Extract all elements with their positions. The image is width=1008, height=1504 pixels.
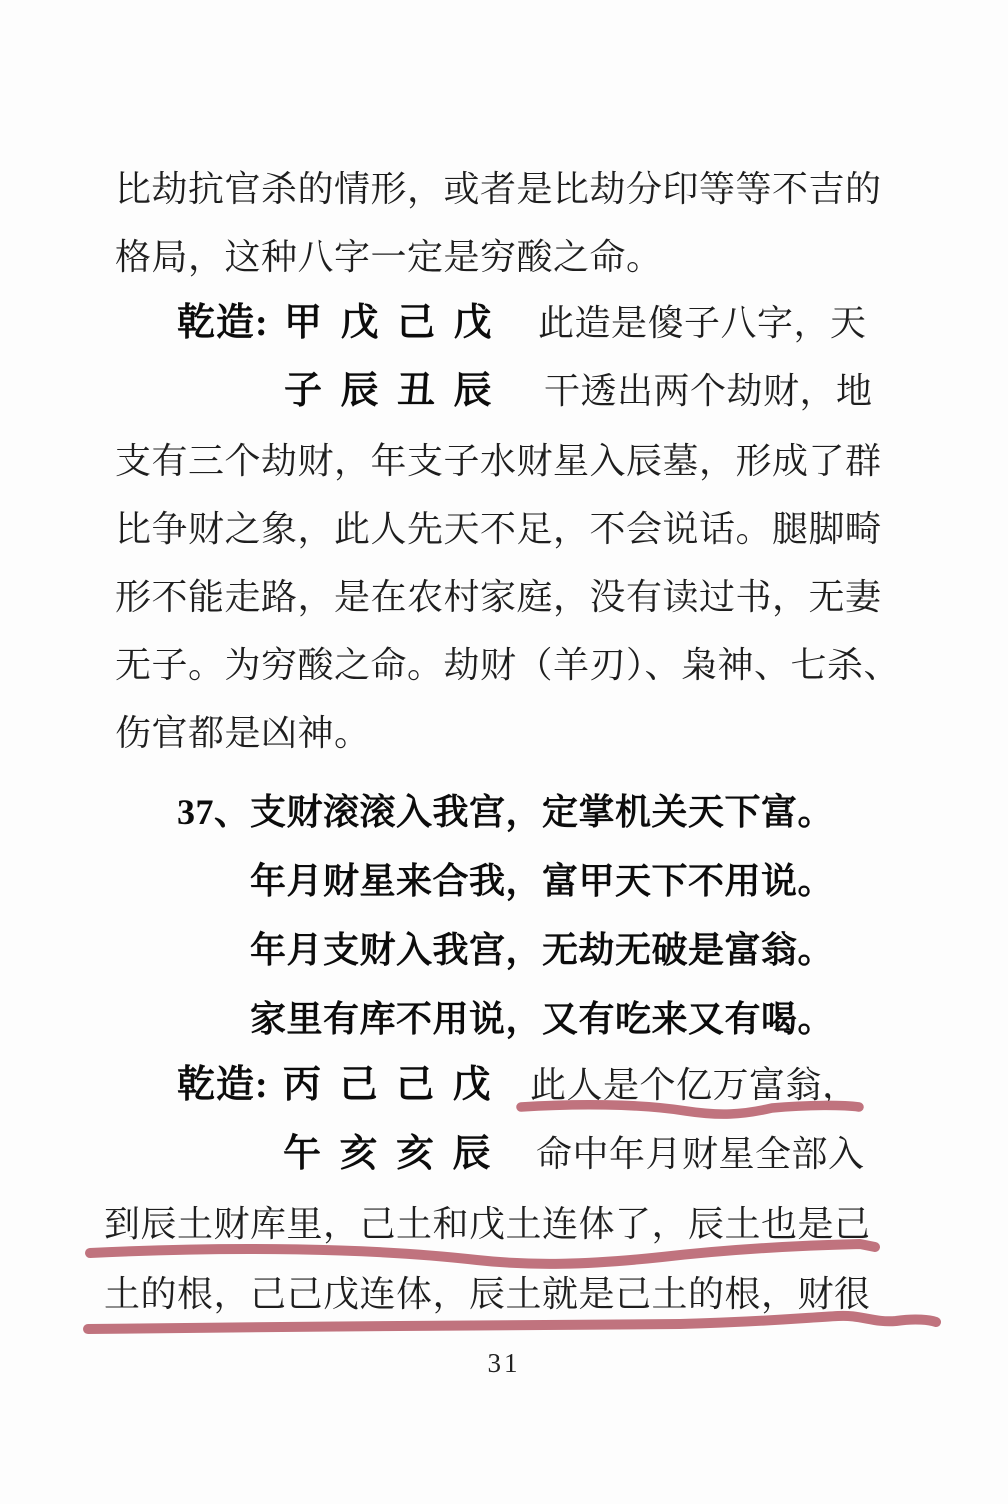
qianzao-label: 乾造: (177, 1062, 269, 1108)
paragraph3-line1: 到辰土财库里，己土和戊土连体了，辰土也是己 (0, 1201, 1008, 1253)
body-text: 形不能走路，是在农村家庭，没有读过书，无妻 (115, 574, 882, 620)
paragraph2-line2: 比争财之象，此人先天不足，不会说话。腿脚畸 (0, 506, 1008, 558)
verse37-line2: 年月财星来合我，富甲天下不用说。 (0, 858, 1008, 910)
paragraph1-line1: 比劫抗官杀的情形，或者是比劫分印等等不吉的 (0, 166, 1008, 218)
bazi2-branches: 午 亥 亥 辰 (283, 1131, 492, 1177)
paragraph2-line1: 支有三个劫财，年支子水财星入辰墓，形成了群 (0, 438, 1008, 490)
bazi1-stems-row: 乾造: 甲 戊 己 戊 此造是傻子八字，天 (0, 300, 1008, 352)
body-text: 支有三个劫财，年支子水财星入辰墓，形成了群 (115, 438, 882, 484)
bazi1-branches: 子 辰 丑 辰 (284, 368, 493, 414)
verse37-line1: 37、 支财滚滚入我宫，定掌机关天下富。 (0, 789, 1008, 841)
body-text: 无子。为穷酸之命。劫财（羊刃）、枭神、七杀、 (115, 642, 900, 688)
verse37-line4: 家里有库不用说，又有吃来又有喝。 (0, 996, 1008, 1048)
paragraph3-line2: 土的根，己己戊连体，辰土就是己土的根，财很 (0, 1271, 1008, 1323)
body-text: 比劫抗官杀的情形，或者是比劫分印等等不吉的 (115, 166, 882, 212)
verse-text: 年月财星来合我，富甲天下不用说。 (250, 858, 834, 904)
verse37-number: 37、 (177, 789, 251, 835)
verse37-line3: 年月支财入我宫，无劫无破是富翁。 (0, 927, 1008, 979)
bazi2-branches-row: 午 亥 亥 辰 命中年月财星全部入 (0, 1131, 1008, 1183)
qianzao-label: 乾造: (177, 300, 269, 346)
verse-text: 家里有库不用说，又有吃来又有喝。 (250, 996, 834, 1042)
bazi1-note-line1: 此造是傻子八字，天 (538, 300, 867, 346)
bazi1-stems: 甲 戊 己 戊 (284, 300, 493, 346)
paragraph2-line3: 形不能走路，是在农村家庭，没有读过书，无妻 (0, 574, 1008, 626)
body-text: 比争财之象，此人先天不足，不会说话。腿脚畸 (115, 506, 882, 552)
body-text: 格局，这种八字一定是穷酸之命。 (115, 234, 663, 280)
paragraph2-line4: 无子。为穷酸之命。劫财（羊刃）、枭神、七杀、 (0, 642, 1008, 694)
body-text: 土的根，己己戊连体，辰土就是己土的根，财很 (104, 1271, 871, 1317)
page-number: 31 (0, 1348, 1008, 1379)
verse-text: 年月支财入我宫，无劫无破是富翁。 (250, 927, 834, 973)
bazi2-stems-row: 乾造: 丙 己 己 戊 此人是个亿万富翁， (0, 1062, 1008, 1114)
bazi2-note-line2: 命中年月财星全部入 (536, 1131, 865, 1177)
verse-text: 支财滚滚入我宫，定掌机关天下富。 (250, 789, 834, 835)
paragraph1-line2: 格局，这种八字一定是穷酸之命。 (0, 234, 1008, 286)
bazi1-branches-row: 子 辰 丑 辰 干透出两个劫财，地 (0, 368, 1008, 420)
paragraph2-line5: 伤官都是凶神。 (0, 710, 1008, 762)
bazi1-note-line2: 干透出两个劫财，地 (544, 368, 873, 414)
bazi2-note-line1: 此人是个亿万富翁， (530, 1062, 859, 1108)
body-text: 伤官都是凶神。 (115, 710, 371, 756)
body-text: 到辰土财库里，己土和戊土连体了，辰土也是己 (104, 1201, 871, 1247)
bazi2-stems: 丙 己 己 戊 (283, 1062, 492, 1108)
book-page: 比劫抗官杀的情形，或者是比劫分印等等不吉的 格局，这种八字一定是穷酸之命。 乾造… (0, 0, 1008, 1504)
